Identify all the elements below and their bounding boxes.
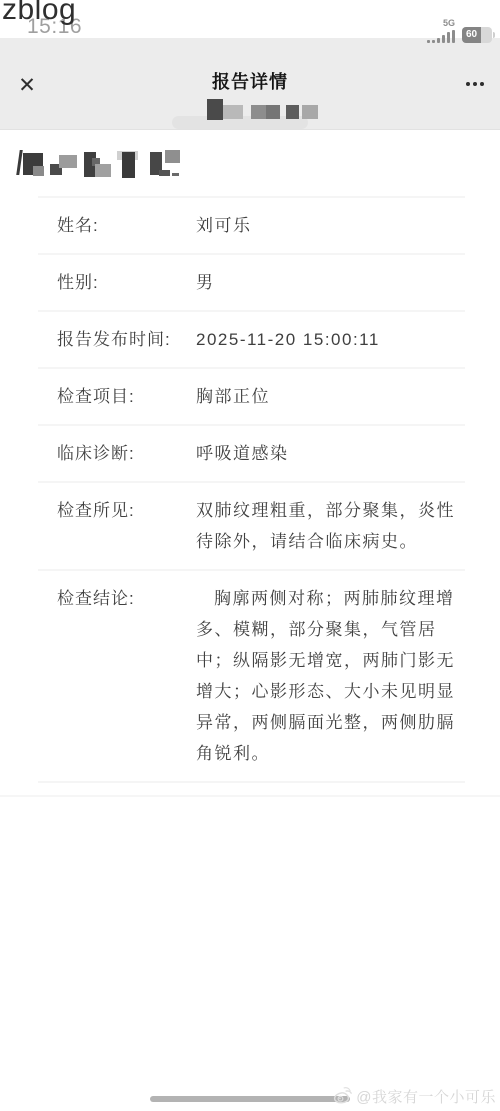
site-watermark: zblog [2,0,76,27]
field-label: 检查所见: [57,495,196,526]
credit-text: @我家有一个小可乐 [356,1086,496,1107]
field-value: 刘可乐 [196,210,465,241]
field-label: 报告发布时间: [57,324,196,355]
field-row-conclusion: 检查结论: 胸廓两侧对称；两肺肺纹理增多、模糊，部分聚集，气管居中；纵隔影无增宽… [38,571,465,783]
cellular-signal-icon: 5G [427,19,455,43]
field-value: 男 [196,267,465,298]
field-value: 胸廓两侧对称；两肺肺纹理增多、模糊，部分聚集，气管居中；纵隔影无增宽，两肺门影无… [196,583,465,769]
battery-icon: 60 [462,27,492,43]
field-label: 临床诊断: [57,438,196,469]
field-value: 2025-11-20 15:00:11 [196,324,465,355]
field-row-findings: 检查所见: 双肺纹理粗重，部分聚集，炎性待除外，请结合临床病史。 [38,483,465,571]
field-label: 姓名: [57,210,196,241]
field-row-gender: 性别: 男 [38,255,465,312]
page-title: 报告详情 [0,68,500,94]
field-value: 呼吸道感染 [196,438,465,469]
field-row-report-time: 报告发布时间: 2025-11-20 15:00:11 [38,312,465,369]
weibo-logo-icon [332,1087,354,1105]
section-divider [0,795,500,797]
photo-credit: @我家有一个小可乐 [332,1085,496,1107]
status-indicators: 5G 60 [427,19,492,43]
field-label: 检查结论: [57,583,196,614]
field-row-exam-item: 检查项目: 胸部正位 [38,369,465,426]
field-row-clinical-diagnosis: 临床诊断: 呼吸道感染 [38,426,465,483]
field-value: 双肺纹理粗重，部分聚集，炎性待除外，请结合临床病史。 [196,495,465,557]
field-row-name: 姓名: 刘可乐 [38,198,465,255]
phone-screen: zblog 15:16 5G 60 ✕ 报告详情 [0,0,500,1111]
field-label: 检查项目: [57,381,196,412]
signal-bars-icon [427,30,455,43]
navbar: ✕ 报告详情 [0,38,500,130]
field-value: 胸部正位 [196,381,465,412]
status-bar: zblog 15:16 [0,0,500,38]
report-fields-table: 姓名: 刘可乐 性别: 男 报告发布时间: 2025-11-20 15:00:1… [38,196,465,783]
field-label: 性别: [57,267,196,298]
more-icon[interactable] [466,76,484,92]
network-type-label: 5G [443,19,455,28]
battery-percent: 60 [462,27,481,43]
report-content: 姓名: 刘可乐 性别: 男 报告发布时间: 2025-11-20 15:00:1… [0,130,500,1111]
home-indicator-bar [150,1096,350,1102]
